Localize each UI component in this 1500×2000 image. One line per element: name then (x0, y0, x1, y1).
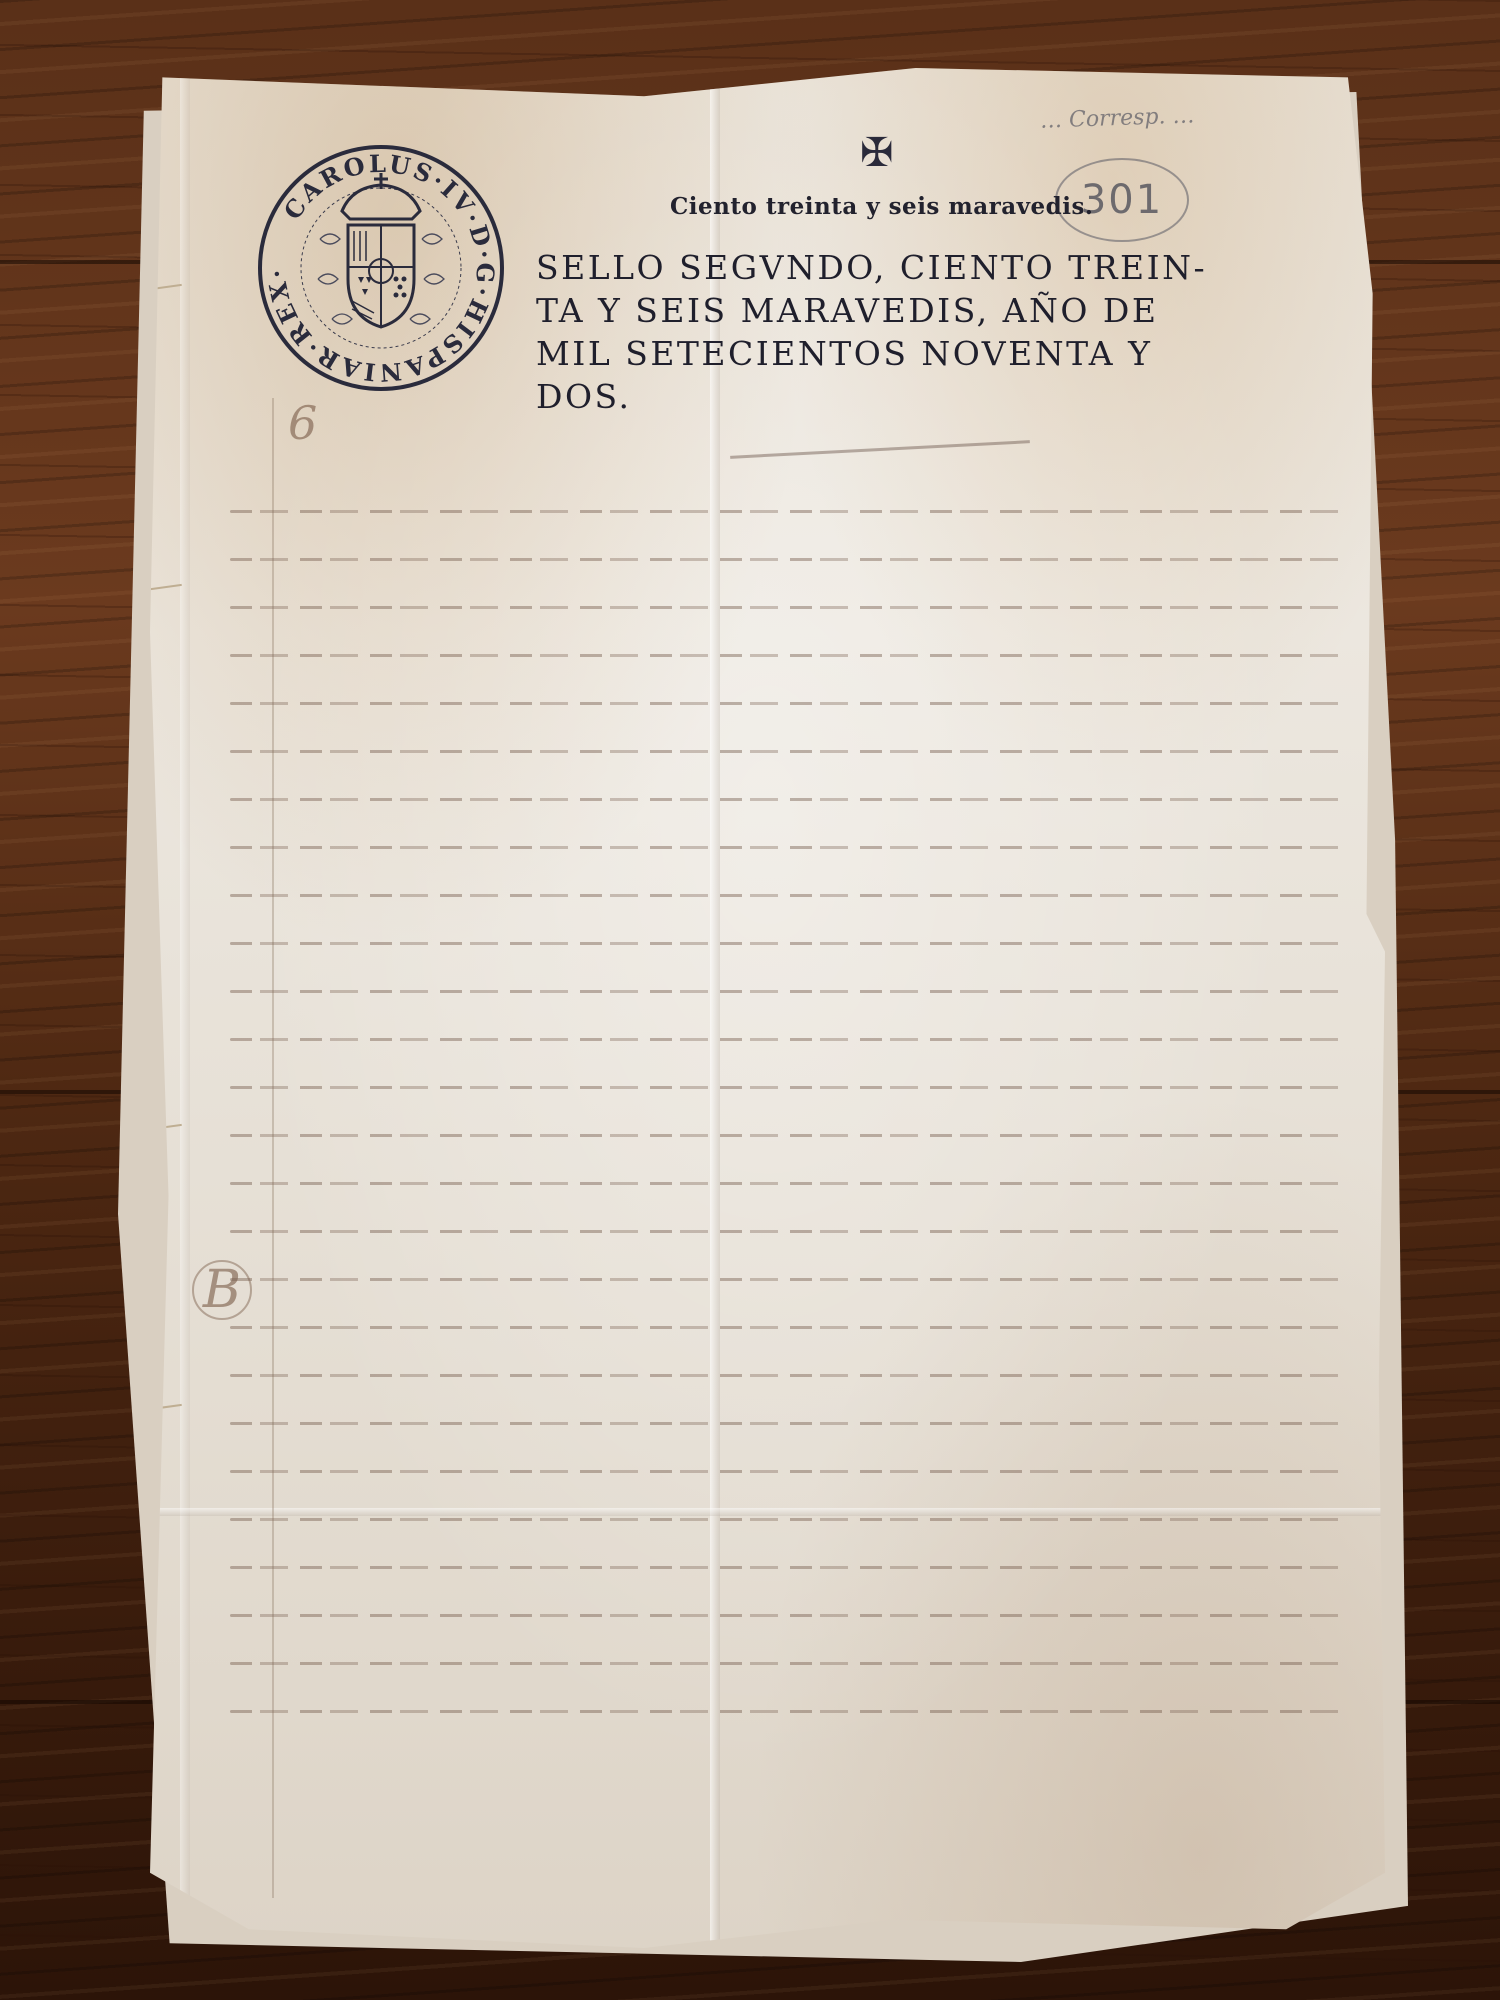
handwritten-heading-underline (730, 440, 1030, 459)
margin-mark: 6 (288, 396, 317, 450)
handwritten-line (230, 1064, 1350, 1112)
coat-of-arms-icon: CAROLUS·IV·D·G·HISPANIAR·REX· (262, 149, 500, 387)
handwritten-line (230, 1160, 1350, 1208)
binding-thread (122, 584, 182, 594)
handwritten-line (230, 1256, 1350, 1304)
stamp-header-line: MIL SETECIENTOS NOVENTA Y (536, 332, 1376, 375)
handwritten-body (210, 488, 1350, 1736)
stamp-header: SELLO SEGVNDO, CIENTO TREIN- TA Y SEIS M… (536, 246, 1376, 418)
cross-icon: ✠ (860, 130, 894, 176)
royal-seal: CAROLUS·IV·D·G·HISPANIAR·REX· (258, 145, 504, 391)
handwritten-line (230, 1352, 1350, 1400)
handwritten-line (230, 1496, 1350, 1544)
price-line: Ciento treinta y seis maravedis. (670, 193, 1093, 220)
handwritten-line (230, 1016, 1350, 1064)
handwritten-line (230, 920, 1350, 968)
handwritten-line (230, 1688, 1350, 1736)
handwritten-line (230, 488, 1350, 536)
handwritten-line (230, 1208, 1350, 1256)
handwritten-line (230, 776, 1350, 824)
manuscript-page: ✠ … Corresp. … 301 Ciento treinta y seis… (150, 68, 1385, 1948)
handwritten-line (230, 728, 1350, 776)
handwritten-line (230, 1304, 1350, 1352)
stamp-header-line: DOS. (536, 375, 1376, 418)
handwritten-line (230, 1544, 1350, 1592)
stamp-header-line: TA Y SEIS MARAVEDIS, AÑO DE (536, 289, 1376, 332)
handwritten-line (230, 1448, 1350, 1496)
handwritten-line (230, 824, 1350, 872)
handwritten-line (230, 1592, 1350, 1640)
fold-crease-vertical (180, 68, 190, 1948)
handwritten-line (230, 536, 1350, 584)
handwritten-line (230, 968, 1350, 1016)
handwritten-line (230, 1640, 1350, 1688)
pencil-annotation: … Corresp. … (1040, 103, 1195, 133)
handwritten-line (230, 632, 1350, 680)
handwritten-line (230, 584, 1350, 632)
handwritten-line (230, 1112, 1350, 1160)
handwritten-line (230, 1400, 1350, 1448)
handwritten-line (230, 872, 1350, 920)
handwritten-line (230, 680, 1350, 728)
stamp-header-line: SELLO SEGVNDO, CIENTO TREIN- (536, 246, 1376, 289)
